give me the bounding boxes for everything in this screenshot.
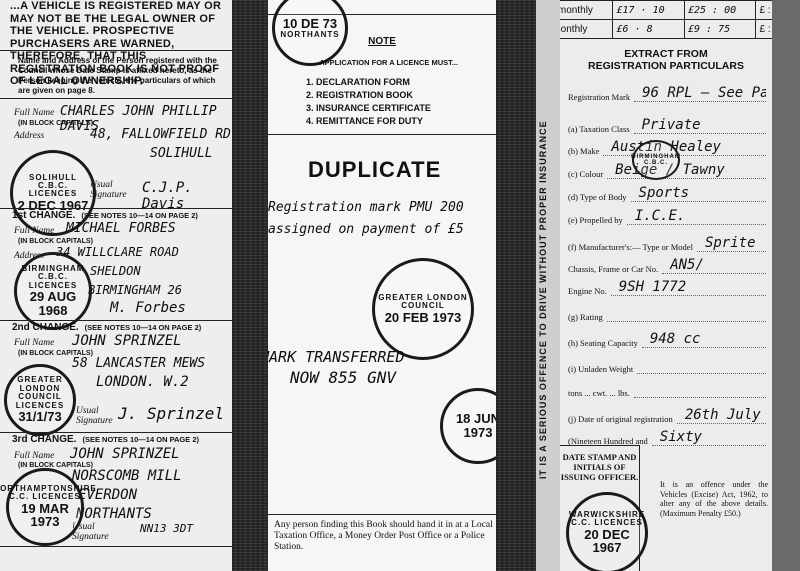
council-date-stamp: GREATER LONDON COUNCIL LICENCES 31/1/73 xyxy=(4,364,76,436)
field-registration-year-words: (Nineteen Hundred andSixty xyxy=(568,424,766,446)
field-original-registration-date: (j) Date of original registration26th Ju… xyxy=(568,402,766,424)
lost-book-notice: Any person finding this Book should hand… xyxy=(274,520,494,553)
council-date-stamp: NORTHAMPTONSHIRE C.C. LICENCES 19 MAR 19… xyxy=(6,468,84,546)
duplicate-stamp: DUPLICATE xyxy=(308,157,441,183)
fee-row: 12 monthly £17 · 10 £25 : 00 £ : xyxy=(560,1,772,20)
registration-intro: Name and Address of the Person registere… xyxy=(18,56,228,96)
issuing-date-stamp: WARWICKSHIRE C.C. LICENCES 20 DEC 1967 xyxy=(566,492,648,571)
field-seating-capacity: (h) Seating Capacity948 cc xyxy=(568,326,766,348)
field-chassis-no: Chassis, Frame or Car No.AN5/ xyxy=(568,252,766,274)
divider xyxy=(0,546,232,547)
field-registration-mark: Registration Mark96 RPL — See Page 7 xyxy=(568,80,766,102)
change1-signature: M. Forbes xyxy=(110,300,186,316)
note-intro: ...APPLICATION FOR A LICENCE MUST... xyxy=(313,58,458,67)
full-name-label: Full Name xyxy=(14,338,54,348)
change1-address-line: 34 WILLCLARE ROAD xyxy=(56,245,179,259)
field-propelled-by: (e) Propelled byI.C.E. xyxy=(568,203,766,225)
usual-signature-label: Usual Signature xyxy=(90,180,130,200)
change3-address-line: NORTHANTS xyxy=(76,506,152,522)
third-change-heading: 3rd CHANGE.(SEE NOTES 10—14 ON PAGE 2) xyxy=(12,434,199,445)
first-change-heading: 1st CHANGE.(SEE NOTES 10—14 ON PAGE 2) xyxy=(12,210,198,221)
change3-name: JOHN SPRINZEL xyxy=(70,446,180,462)
divider xyxy=(0,50,232,51)
page-fold-shadow xyxy=(496,0,536,571)
change2-signature: J. Sprinzel xyxy=(118,404,224,423)
page-fold-shadow xyxy=(232,0,268,571)
right-page: 12 monthly £17 · 10 £25 : 00 £ : 4 month… xyxy=(560,0,772,571)
field-model: (f) Manufacturer's:— Type or ModelSprite xyxy=(568,230,766,252)
note-list: 1. DECLARATION FORM 2. REGISTRATION BOOK… xyxy=(306,76,431,128)
divider xyxy=(268,514,496,515)
licence-fee-table: 12 monthly £17 · 10 £25 : 00 £ : 4 month… xyxy=(560,0,772,39)
offence-notice: It is an offence under the Vehicles (Exc… xyxy=(660,480,768,518)
keeper-address-line: 48, FALLOWFIELD RD xyxy=(90,127,231,142)
note-item: 4. REMITTANCE FOR DUTY xyxy=(306,115,431,128)
note-item: 2. REGISTRATION BOOK xyxy=(306,89,431,102)
second-change-heading: 2nd CHANGE.(SEE NOTES 10—14 ON PAGE 2) xyxy=(12,322,201,333)
middle-page: 10 DE 73 NORTHANTS NOTE ...APPLICATION F… xyxy=(268,0,496,571)
center-date-stamp: GREATER LONDON COUNCIL 20 FEB 1973 xyxy=(372,258,474,360)
divider xyxy=(0,208,232,209)
extract-title: EXTRACT FROM REGISTRATION PARTICULARS xyxy=(560,48,772,72)
council-date-stamp: BIRMINGHAM C.B.C. LICENCES 29 AUG 1968 xyxy=(14,252,92,330)
note-title: NOTE xyxy=(268,36,496,47)
field-unladen-weight: (i) Unladen Weight xyxy=(568,352,766,374)
divider xyxy=(0,98,232,99)
insurance-warning-vertical: IT IS A SERIOUS OFFENCE TO DRIVE WITHOUT… xyxy=(538,40,558,560)
field-taxation-class: (a) Taxation ClassPrivate xyxy=(568,112,766,134)
keeper-address-line: SOLIHULL xyxy=(150,146,213,161)
block-caps-label: (IN BLOCK CAPITALS) xyxy=(18,120,93,127)
full-name-label: Full Name xyxy=(14,451,54,461)
change2-address-line: 58 LANCASTER MEWS xyxy=(72,356,205,371)
lower-date-stamp: 18 JUN 1973 xyxy=(440,388,496,464)
fee-row: 4 monthly £6 · 8 £9 : 75 £ : xyxy=(560,20,772,39)
change1-name: MICHAEL FORBES xyxy=(66,221,176,236)
top-date-stamp: 10 DE 73 NORTHANTS xyxy=(272,0,348,66)
change3-address-line: NORSCOMB MILL xyxy=(72,468,182,484)
change2-address-line: LONDON. W.2 xyxy=(96,374,189,390)
full-name-label: Full Name xyxy=(14,108,54,118)
full-name-label: Full Name xyxy=(14,226,54,236)
field-body-type: (d) Type of BodySports xyxy=(568,180,766,202)
divider xyxy=(0,320,232,321)
change1-address-line: BIRMINGHAM 26 xyxy=(88,283,182,297)
mark-transferred-note: MARK TRANSFERRED xyxy=(268,348,405,366)
new-registration-note: NOW 855 GNV xyxy=(290,368,396,387)
change1-address-line: SHELDON xyxy=(90,264,141,278)
left-page: ...A VEHICLE IS REGISTERED MAY OR MAY NO… xyxy=(0,0,232,571)
handwritten-note-line: assigned on payment of £5 xyxy=(268,222,464,237)
field-weight-units: tons ... cwt. ... lbs. xyxy=(568,376,766,398)
make-verification-stamp: BIRMINGHAM C.B.C. xyxy=(632,140,680,180)
block-caps-label: (IN BLOCK CAPITALS) xyxy=(18,238,93,245)
change2-name: JOHN SPRINZEL xyxy=(72,333,182,349)
address-label: Address xyxy=(14,131,44,141)
note-item: 1. DECLARATION FORM xyxy=(306,76,431,89)
note-item: 3. INSURANCE CERTIFICATE xyxy=(306,102,431,115)
divider xyxy=(268,134,496,135)
handwritten-note-line: Registration mark PMU 200 xyxy=(268,200,464,215)
usual-signature-label: Usual Signature xyxy=(76,406,116,426)
page-edge-shadow xyxy=(772,0,800,571)
change3-postcode: NN13 3DT xyxy=(140,522,193,535)
field-rating: (g) Rating xyxy=(568,300,766,322)
field-engine-no: Engine No.9SH 1772 xyxy=(568,274,766,296)
divider xyxy=(0,432,232,433)
